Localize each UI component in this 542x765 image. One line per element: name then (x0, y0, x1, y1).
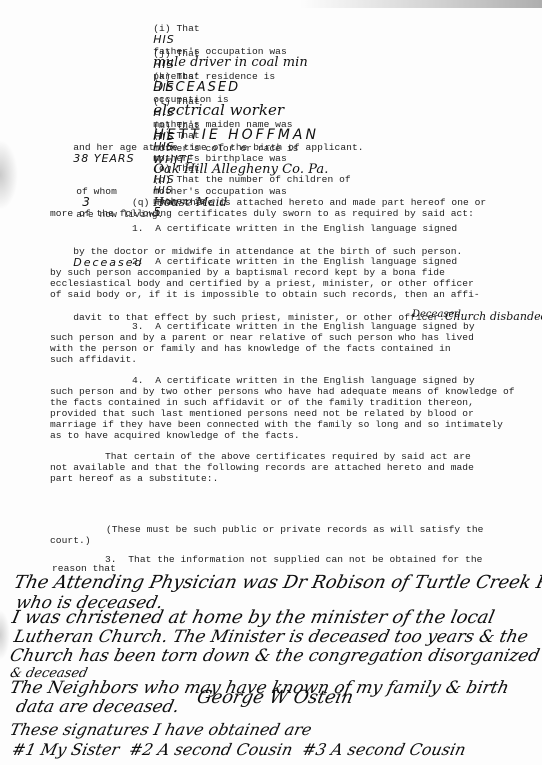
handwritten-line: #1 My Sister #2 A second Cousin #3 A sec… (10, 740, 468, 760)
annotation-handwritten: Deceased (412, 309, 461, 320)
certificate-2-line: ecclesiastical body and certified by a p… (50, 278, 474, 289)
handwritten-line: Church has been torn down & the congrega… (8, 646, 541, 666)
substitute-line: part hereof as a substitute:. (50, 473, 218, 484)
certificate-3-line: 3. A certificate written in the English … (132, 321, 475, 332)
certificate-3-line: such affidavit. (50, 354, 137, 365)
certificate-4-line: provided that such last mentioned person… (50, 408, 474, 419)
age-answer-handwritten: 38 YEARS (73, 152, 134, 165)
certificate-4-line: the facts contained in such affidavit or… (50, 397, 474, 408)
handwritten-line: Lutheran Church. The Minister is decease… (12, 627, 530, 647)
certificate-3-line: such person and by a parent or near rela… (50, 332, 474, 343)
scan-artifact (300, 0, 542, 8)
item-label: (p) That the number of children of (153, 174, 350, 185)
certificate-1-line: 1. A certificate written in the English … (132, 223, 457, 234)
item-q-line2: more of the following certificates duly … (50, 208, 474, 219)
living-answer-handwritten: 3 (76, 195, 98, 209)
certificate-2-line: of said body or, if it is impossible to … (50, 289, 480, 300)
certificate-4-line: such person and by two other persons who… (50, 386, 515, 397)
signature: George W Ostein (195, 688, 355, 708)
substitute-line: That certain of the above certificates r… (105, 451, 471, 462)
certificate-4-line: marriage if they have been connected wit… (50, 419, 503, 430)
handwritten-line: data are deceased. (14, 697, 181, 717)
scan-artifact (0, 610, 10, 660)
substitute-line: not available and that the following rec… (50, 462, 474, 473)
document-page: (i) That HIS father's occupation was mul… (0, 0, 542, 765)
certificate-2-line: by such person accompanied by a baptisma… (50, 267, 445, 278)
records-note-line: court.) (50, 535, 91, 546)
handwritten-line: The Attending Physician was Dr Robison o… (12, 573, 542, 593)
certificate-4-line: 4. A certificate written in the English … (132, 375, 475, 386)
certificate-3-line: with the person or family and has knowle… (50, 343, 451, 354)
certificate-4-line: as to have acquired knowledge of the fac… (50, 430, 300, 441)
handwritten-line: These signatures I have obtained are (8, 720, 314, 740)
scan-artifact (0, 140, 18, 210)
section-3-line: 3. That the information not supplied can… (105, 554, 482, 565)
records-note-line: (These must be such public or private re… (106, 524, 483, 535)
item-q-line1: (q) That there is attached hereto and ma… (132, 197, 486, 208)
handwritten-line: I was christened at home by the minister… (10, 608, 496, 628)
certificate-2-line: 2. A certificate written in the English … (132, 256, 457, 267)
